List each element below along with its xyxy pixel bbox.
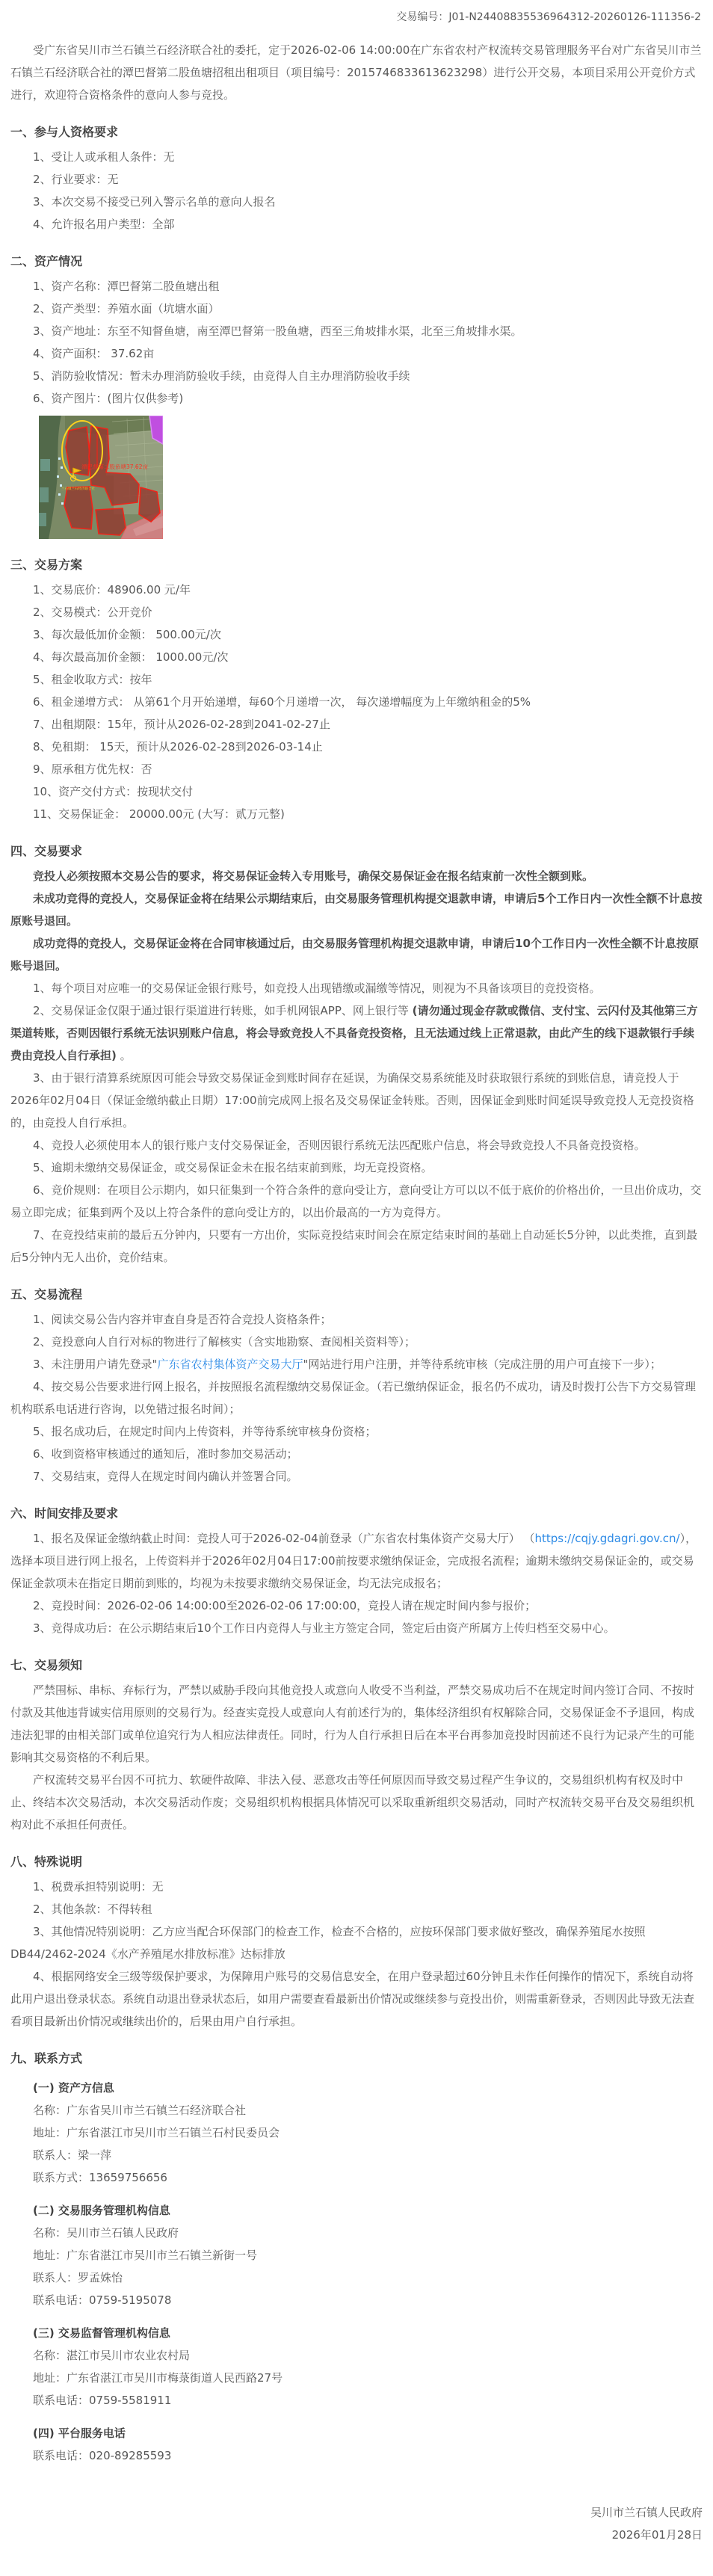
text-run: 联系电话：0759-5195078 [33,2293,171,2307]
text-run: 3、竞得成功后：在公示期结束后10个工作日内竞得人与业主方签定合同，签定后由资产… [33,1621,615,1635]
map-parcel-bottom [96,508,126,535]
asset-satellite-map: 潭巴督第二股鱼塘37.62亩 兰石镇兰石经济联合社 [39,416,163,539]
text-run: 1、交易底价：48906.00 元/年 [33,583,191,597]
text-run: 4、资产面积： 37.62亩 [33,347,154,360]
text-run: 2、其他条款：不得转租 [33,1902,152,1916]
text-run: 4、按交易公告要求进行网上报名，并按照报名流程缴纳交易保证金。（若已缴纳保证金，… [10,1380,696,1416]
text-run: 2、行业要求：无 [33,173,119,186]
text-run: 5、租金收取方式：按年 [33,673,152,686]
section-heading: 二、资产情况 [10,252,703,269]
text-run: (四) 平台服务电话 [33,2426,126,2440]
text-run: 地址：广东省湛江市吴川市梅菉街道人民西路27号 [33,2371,283,2385]
text-block: 4、根据网络安全三级等级保护要求，为保障用户账号的交易信息安全，在用户登录超过6… [10,1965,703,2033]
text-run: 。 [117,1049,132,1062]
text-block: 3、其他情况特别说明：乙方应当配合环保部门的检查工作，检查不合格的，应按环保部门… [10,1920,703,1965]
text-block: 竞投人必须按照本交易公告的要求，将交易保证金转入专用账号，确保交易保证金在报名结… [10,865,703,887]
inline-link[interactable]: https://cqjy.gdagri.gov.cn/ [535,1532,680,1545]
text-block: 4、每次最高加价金额： 1000.00元/次 [10,646,703,668]
section-schedule: 六、时间安排及要求1、报名及保证金缴纳截止时间：竞投人可于2026-02-04前… [10,1504,703,1639]
text-block: 7、出租期限：15年，预计从2026-02-28到2041-02-27止 [10,713,703,736]
intro-paragraph: 受广东省吴川市兰石镇兰石经济联合社的委托，定于2026-02-06 14:00:… [10,39,703,106]
text-run: 1、资产名称：潭巴督第二股鱼塘出租 [33,280,220,293]
map-parcel-right [139,487,160,522]
text-block: 2、行业要求：无 [10,168,703,191]
text-run: 联系人：罗孟姝怡 [33,2271,123,2284]
text-run: 严禁围标、串标、弃标行为，严禁以威胁手段向其他竞投人或意向人收受不当利益，严禁交… [10,1683,694,1764]
text-block: 4、竞投人必须使用本人的银行账户支付交易保证金，否则因银行系统无法匹配账户信息，… [10,1134,703,1156]
section-special: 八、特殊说明1、税费承担特别说明：无2、其他条款：不得转租3、其他情况特别说明：… [10,1852,703,2033]
text-block: 8、免租期： 15天，预计从2026-02-28到2026-03-14止 [10,736,703,758]
section-heading: 四、交易要求 [10,842,703,859]
text-run: 联系方式：13659756656 [33,2171,167,2184]
text-run: 5、逾期未缴纳交易保证金，或交易保证金未在报名结束前到账，均无竞投资格。 [33,1161,433,1174]
text-block: 联系电话：0759-5195078 [10,2289,703,2311]
section-heading: 八、特殊说明 [10,1852,703,1870]
text-run: 3、未注册用户请先登录" [33,1358,157,1371]
text-block: 1、资产名称：潭巴督第二股鱼塘出租 [10,275,703,298]
text-block: 5、租金收取方式：按年 [10,668,703,691]
text-block: 9、原承租方优先权：否 [10,758,703,780]
text-run: 10、资产交付方式：按现状交付 [33,785,193,798]
text-run: 成功竞得的竞投人，交易保证金将在合同审核通过后，由交易服务管理机构提交退款申请，… [10,937,699,973]
announcement-page: 交易编号：J01-N24408835536964312-20260126-111… [0,0,713,2576]
text-run: 7、交易结束，竞得人在规定时间内确认并签署合同。 [33,1470,298,1483]
text-block: 名称：吴川市兰石镇人民政府 [10,2222,703,2244]
text-block: 3、未注册用户请先登录"广东省农村集体资产交易大厅"网站进行用户注册，并等待系统… [10,1353,703,1375]
text-run: 11、交易保证金： 20000.00元 (大写：贰万元整) [33,807,285,821]
text-block: 产权流转交易平台因不可抗力、软硬件故障、非法入侵、恶意攻击等任何原因而导致交易过… [10,1769,703,1836]
contact-subheading: (二) 交易服务管理机构信息 [10,2199,703,2222]
text-run: 4、每次最高加价金额： 1000.00元/次 [33,650,228,664]
text-run: 7、在竞投结束前的最后五分钟内，只要有一方出价，实际竞投结束时间会在原定结束时间… [10,1228,697,1264]
text-block: 7、交易结束，竞得人在规定时间内确认并签署合同。 [10,1465,703,1488]
text-run: 2、资产类型：养殖水面（坑塘水面） [33,302,220,315]
footer-org: 吴川市兰石镇人民政府 [10,2501,703,2524]
text-run: 8、免租期： 15天，预计从2026-02-28到2026-03-14止 [33,740,323,754]
text-run: 6、竞价规则：在项目公示期内，如只征集到一个符合条件的意向受让方，意向受让方可以… [10,1183,702,1219]
text-run: 3、其他情况特别说明：乙方应当配合环保部门的检查工作，检查不合格的，应按环保部门… [10,1925,646,1961]
text-block: 联系电话：020-89285593 [10,2444,703,2467]
text-block: 地址：广东省湛江市吴川市梅菉街道人民西路27号 [10,2367,703,2389]
text-run: 6、收到资格审核通过的通知后，准时参加交易活动； [33,1447,298,1461]
text-run: 1、阅读交易公告内容并审查自身是否符合竞投人资格条件； [33,1313,332,1326]
text-run: 名称：吴川市兰石镇人民政府 [33,2226,179,2240]
text-block: 1、阅读交易公告内容并审查自身是否符合竞投人资格条件； [10,1308,703,1331]
section-heading: 三、交易方案 [10,555,703,573]
text-run: 4、竞投人必须使用本人的银行账户支付交易保证金，否则因银行系统无法匹配账户信息，… [33,1138,646,1152]
text-run: 地址：广东省湛江市吴川市兰石镇兰新街一号 [33,2249,257,2262]
text-block: 3、本次交易不接受已列入警示名单的意向人报名 [10,191,703,213]
asset-image: 潭巴督第二股鱼塘37.62亩 兰石镇兰石经济联合社 [39,416,163,539]
text-run: 3、每次最低加价金额： 500.00元/次 [33,628,221,641]
text-run: (二) 交易服务管理机构信息 [33,2204,170,2217]
text-run: 联系人：梁一萍 [33,2148,111,2162]
contact-subheading: (一) 资产方信息 [10,2077,703,2099]
text-block: 4、资产面积： 37.62亩 [10,342,703,365]
text-block: 4、按交易公告要求进行网上报名，并按照报名流程缴纳交易保证金。（若已缴纳保证金，… [10,1375,703,1420]
text-run: 1、每个项目对应唯一的交易保证金银行账号，如竞投人出现错缴或漏缴等情况，则视为不… [33,982,601,995]
text-block: 7、在竞投结束前的最后五分钟内，只要有一方出价，实际竞投结束时间会在原定结束时间… [10,1224,703,1269]
text-block: 5、消防验收情况：暂未办理消防验收手续，由竞得人自主办理消防验收手续 [10,365,703,387]
text-block: 5、报名成功后，在规定时间内上传资料，并等待系统审核身份资格； [10,1420,703,1443]
section-notice: 七、交易须知严禁围标、串标、弃标行为，严禁以威胁手段向其他竞投人或意向人收受不当… [10,1656,703,1836]
text-run: 名称：湛江市吴川市农业农村局 [33,2349,190,2362]
text-run: 2、竞投时间：2026-02-06 14:00:00至2026-02-06 17… [33,1599,536,1612]
text-run: 1、报名及保证金缴纳截止时间：竞投人可于2026-02-04前登录（广东省农村集… [33,1532,535,1545]
text-run: 2、交易保证金仅限于通过银行渠道进行转账，如手机网银APP、网上银行等 [33,1004,413,1017]
text-block: 地址：广东省湛江市吴川市兰石镇兰新街一号 [10,2244,703,2267]
text-run: 产权流转交易平台因不可抗力、软硬件故障、非法入侵、恶意攻击等任何原因而导致交易过… [10,1773,694,1831]
text-block: 4、允许报名用户类型：全部 [10,213,703,235]
text-run: 联系电话：0759-5581911 [33,2394,171,2407]
section-heading: 七、交易须知 [10,1656,703,1673]
text-block: 地址：广东省湛江市吴川市兰石镇兰石村民委员会 [10,2121,703,2144]
text-run: 7、出租期限：15年，预计从2026-02-28到2041-02-27止 [33,718,330,731]
text-block: 3、由于银行清算系统原因可能会导致交易保证金到账时间存在延误，为确保交易系统能及… [10,1067,703,1134]
text-block: 2、竞投时间：2026-02-06 14:00:00至2026-02-06 17… [10,1594,703,1617]
text-run: (三) 交易监督管理机构信息 [33,2326,170,2340]
map-label-main: 潭巴督第二股鱼塘37.62亩 [81,463,148,470]
text-block: 1、每个项目对应唯一的交易保证金银行账号，如竞投人出现错缴或漏缴等情况，则视为不… [10,977,703,999]
text-run: 5、消防验收情况：暂未办理消防验收手续，由竞得人自主办理消防验收手续 [33,369,410,383]
text-run: 4、根据网络安全三级等级保护要求，为保障用户账号的交易信息安全，在用户登录超过6… [10,1970,694,2028]
text-block: 5、逾期未缴纳交易保证金，或交易保证金未在报名结束前到账，均无竞投资格。 [10,1156,703,1179]
text-run: 6、资产图片：(图片仅供参考) [33,392,183,405]
transaction-number-value: J01-N24408835536964312-20260126-111356-2 [448,11,701,23]
footer-date: 2026年01月28日 [10,2524,703,2546]
text-block: 2、交易模式：公开竞价 [10,601,703,623]
section-heading: 六、时间安排及要求 [10,1504,703,1521]
text-run: 9、原承租方优先权：否 [33,762,152,776]
text-block: 3、竞得成功后：在公示期结束后10个工作日内竞得人与业主方签定合同，签定后由资产… [10,1617,703,1639]
text-run: 4、允许报名用户类型：全部 [33,218,175,231]
text-block: 1、税费承担特别说明：无 [10,1876,703,1898]
map-label-owner: 兰石镇兰石经济联合社 [61,486,95,491]
text-run: 6、租金递增方式： 从第61个月开始递增，每60个月递增一次， 每次递增幅度为上… [33,695,531,709]
text-run: 联系电话：020-89285593 [33,2449,171,2462]
text-block: 2、竞投意向人自行对标的物进行了解核实（含实地勘察、查阅相关资料等）； [10,1331,703,1353]
section-requirements: 四、交易要求竞投人必须按照本交易公告的要求，将交易保证金转入专用账号，确保交易保… [10,842,703,1269]
text-run: (一) 资产方信息 [33,2081,114,2095]
text-run: 2、交易模式：公开竞价 [33,606,152,619]
text-block: 11、交易保证金： 20000.00元 (大写：贰万元整) [10,803,703,825]
section-plan: 三、交易方案1、交易底价：48906.00 元/年2、交易模式：公开竞价3、每次… [10,555,703,825]
text-block: 6、收到资格审核通过的通知后，准时参加交易活动； [10,1443,703,1465]
section-asset: 二、资产情况1、资产名称：潭巴督第二股鱼塘出租2、资产类型：养殖水面（坑塘水面）… [10,252,703,539]
text-block: 名称：湛江市吴川市农业农村局 [10,2344,703,2367]
text-block: 联系电话：0759-5581911 [10,2389,703,2412]
text-block: 10、资产交付方式：按现状交付 [10,780,703,803]
contact-subheading: (四) 平台服务电话 [10,2422,703,2444]
sections-container: 一、参与人资格要求1、受让人或承租人条件：无2、行业要求：无3、本次交易不接受已… [10,123,703,2467]
text-run: 3、本次交易不接受已列入警示名单的意向人报名 [33,195,276,209]
text-block: 1、交易底价：48906.00 元/年 [10,579,703,601]
text-run: "网站进行用户注册，并等待系统审核（完成注册的用户可直接下一步）； [303,1358,661,1371]
text-run: 名称：广东省吴川市兰石镇兰石经济联合社 [33,2104,246,2117]
text-run: 5、报名成功后，在规定时间内上传资料，并等待系统审核身份资格； [33,1425,377,1438]
text-block: 名称：广东省吴川市兰石镇兰石经济联合社 [10,2099,703,2121]
text-block: 3、资产地址：东至不知督鱼塘，南至潭巴督第一股鱼塘，西至三角坡排水渠，北至三角坡… [10,320,703,342]
text-block: 联系方式：13659756656 [10,2166,703,2189]
section-contacts: 九、联系方式(一) 资产方信息名称：广东省吴川市兰石镇兰石经济联合社地址：广东省… [10,2049,703,2467]
text-run: 1、税费承担特别说明：无 [33,1880,164,1894]
text-block: 严禁围标、串标、弃标行为，严禁以威胁手段向其他竞投人或意向人收受不当利益，严禁交… [10,1679,703,1769]
text-run: 1、受让人或承租人条件：无 [33,150,175,164]
section-heading: 一、参与人资格要求 [10,123,703,140]
text-block: 联系人：罗孟姝怡 [10,2267,703,2289]
text-block: 1、受让人或承租人条件：无 [10,146,703,168]
text-block: 6、竞价规则：在项目公示期内，如只征集到一个符合条件的意向受让方，意向受让方可以… [10,1179,703,1224]
transaction-number-label: 交易编号： [396,11,448,23]
text-run: 2、竞投意向人自行对标的物进行了解核实（含实地勘察、查阅相关资料等）； [33,1335,416,1349]
footer-signature: 吴川市兰石镇人民政府 2026年01月28日 [10,2501,703,2546]
text-run: 3、资产地址：东至不知督鱼塘，南至潭巴督第一股鱼塘，西至三角坡排水渠，北至三角坡… [33,324,522,338]
text-block: 3、每次最低加价金额： 500.00元/次 [10,623,703,646]
text-block: 2、交易保证金仅限于通过银行渠道进行转账，如手机网银APP、网上银行等 (请勿通… [10,999,703,1067]
text-block: 未成功竞得的竞投人，交易保证金将在结果公示期结束后，由交易服务管理机构提交退款申… [10,887,703,932]
text-block: 2、资产类型：养殖水面（坑塘水面） [10,298,703,320]
text-run: 3、由于银行清算系统原因可能会导致交易保证金到账时间存在延误，为确保交易系统能及… [10,1071,694,1130]
contact-subheading: (三) 交易监督管理机构信息 [10,2322,703,2344]
text-block: 6、租金递增方式： 从第61个月开始递增，每60个月递增一次， 每次递增幅度为上… [10,691,703,713]
text-block: 成功竞得的竞投人，交易保证金将在合同审核通过后，由交易服务管理机构提交退款申请，… [10,932,703,977]
text-block: 6、资产图片：(图片仅供参考) [10,387,703,410]
text-block: 1、报名及保证金缴纳截止时间：竞投人可于2026-02-04前登录（广东省农村集… [10,1527,703,1594]
section-process: 五、交易流程1、阅读交易公告内容并审查自身是否符合竞投人资格条件；2、竞投意向人… [10,1285,703,1488]
text-block: 联系人：梁一萍 [10,2144,703,2166]
text-run: 地址：广东省湛江市吴川市兰石镇兰石村民委员会 [33,2126,280,2139]
text-run: 未成功竞得的竞投人，交易保证金将在结果公示期结束后，由交易服务管理机构提交退款申… [10,892,702,928]
text-block: 2、其他条款：不得转租 [10,1898,703,1920]
transaction-number: 交易编号：J01-N24408835536964312-20260126-111… [10,9,701,24]
inline-link[interactable]: 广东省农村集体资产交易大厅 [157,1358,303,1371]
section-qualification: 一、参与人资格要求1、受让人或承租人条件：无2、行业要求：无3、本次交易不接受已… [10,123,703,235]
section-heading: 五、交易流程 [10,1285,703,1302]
section-heading: 九、联系方式 [10,2049,703,2066]
text-run: 竞投人必须按照本交易公告的要求，将交易保证金转入专用账号，确保交易保证金在报名结… [33,869,593,883]
